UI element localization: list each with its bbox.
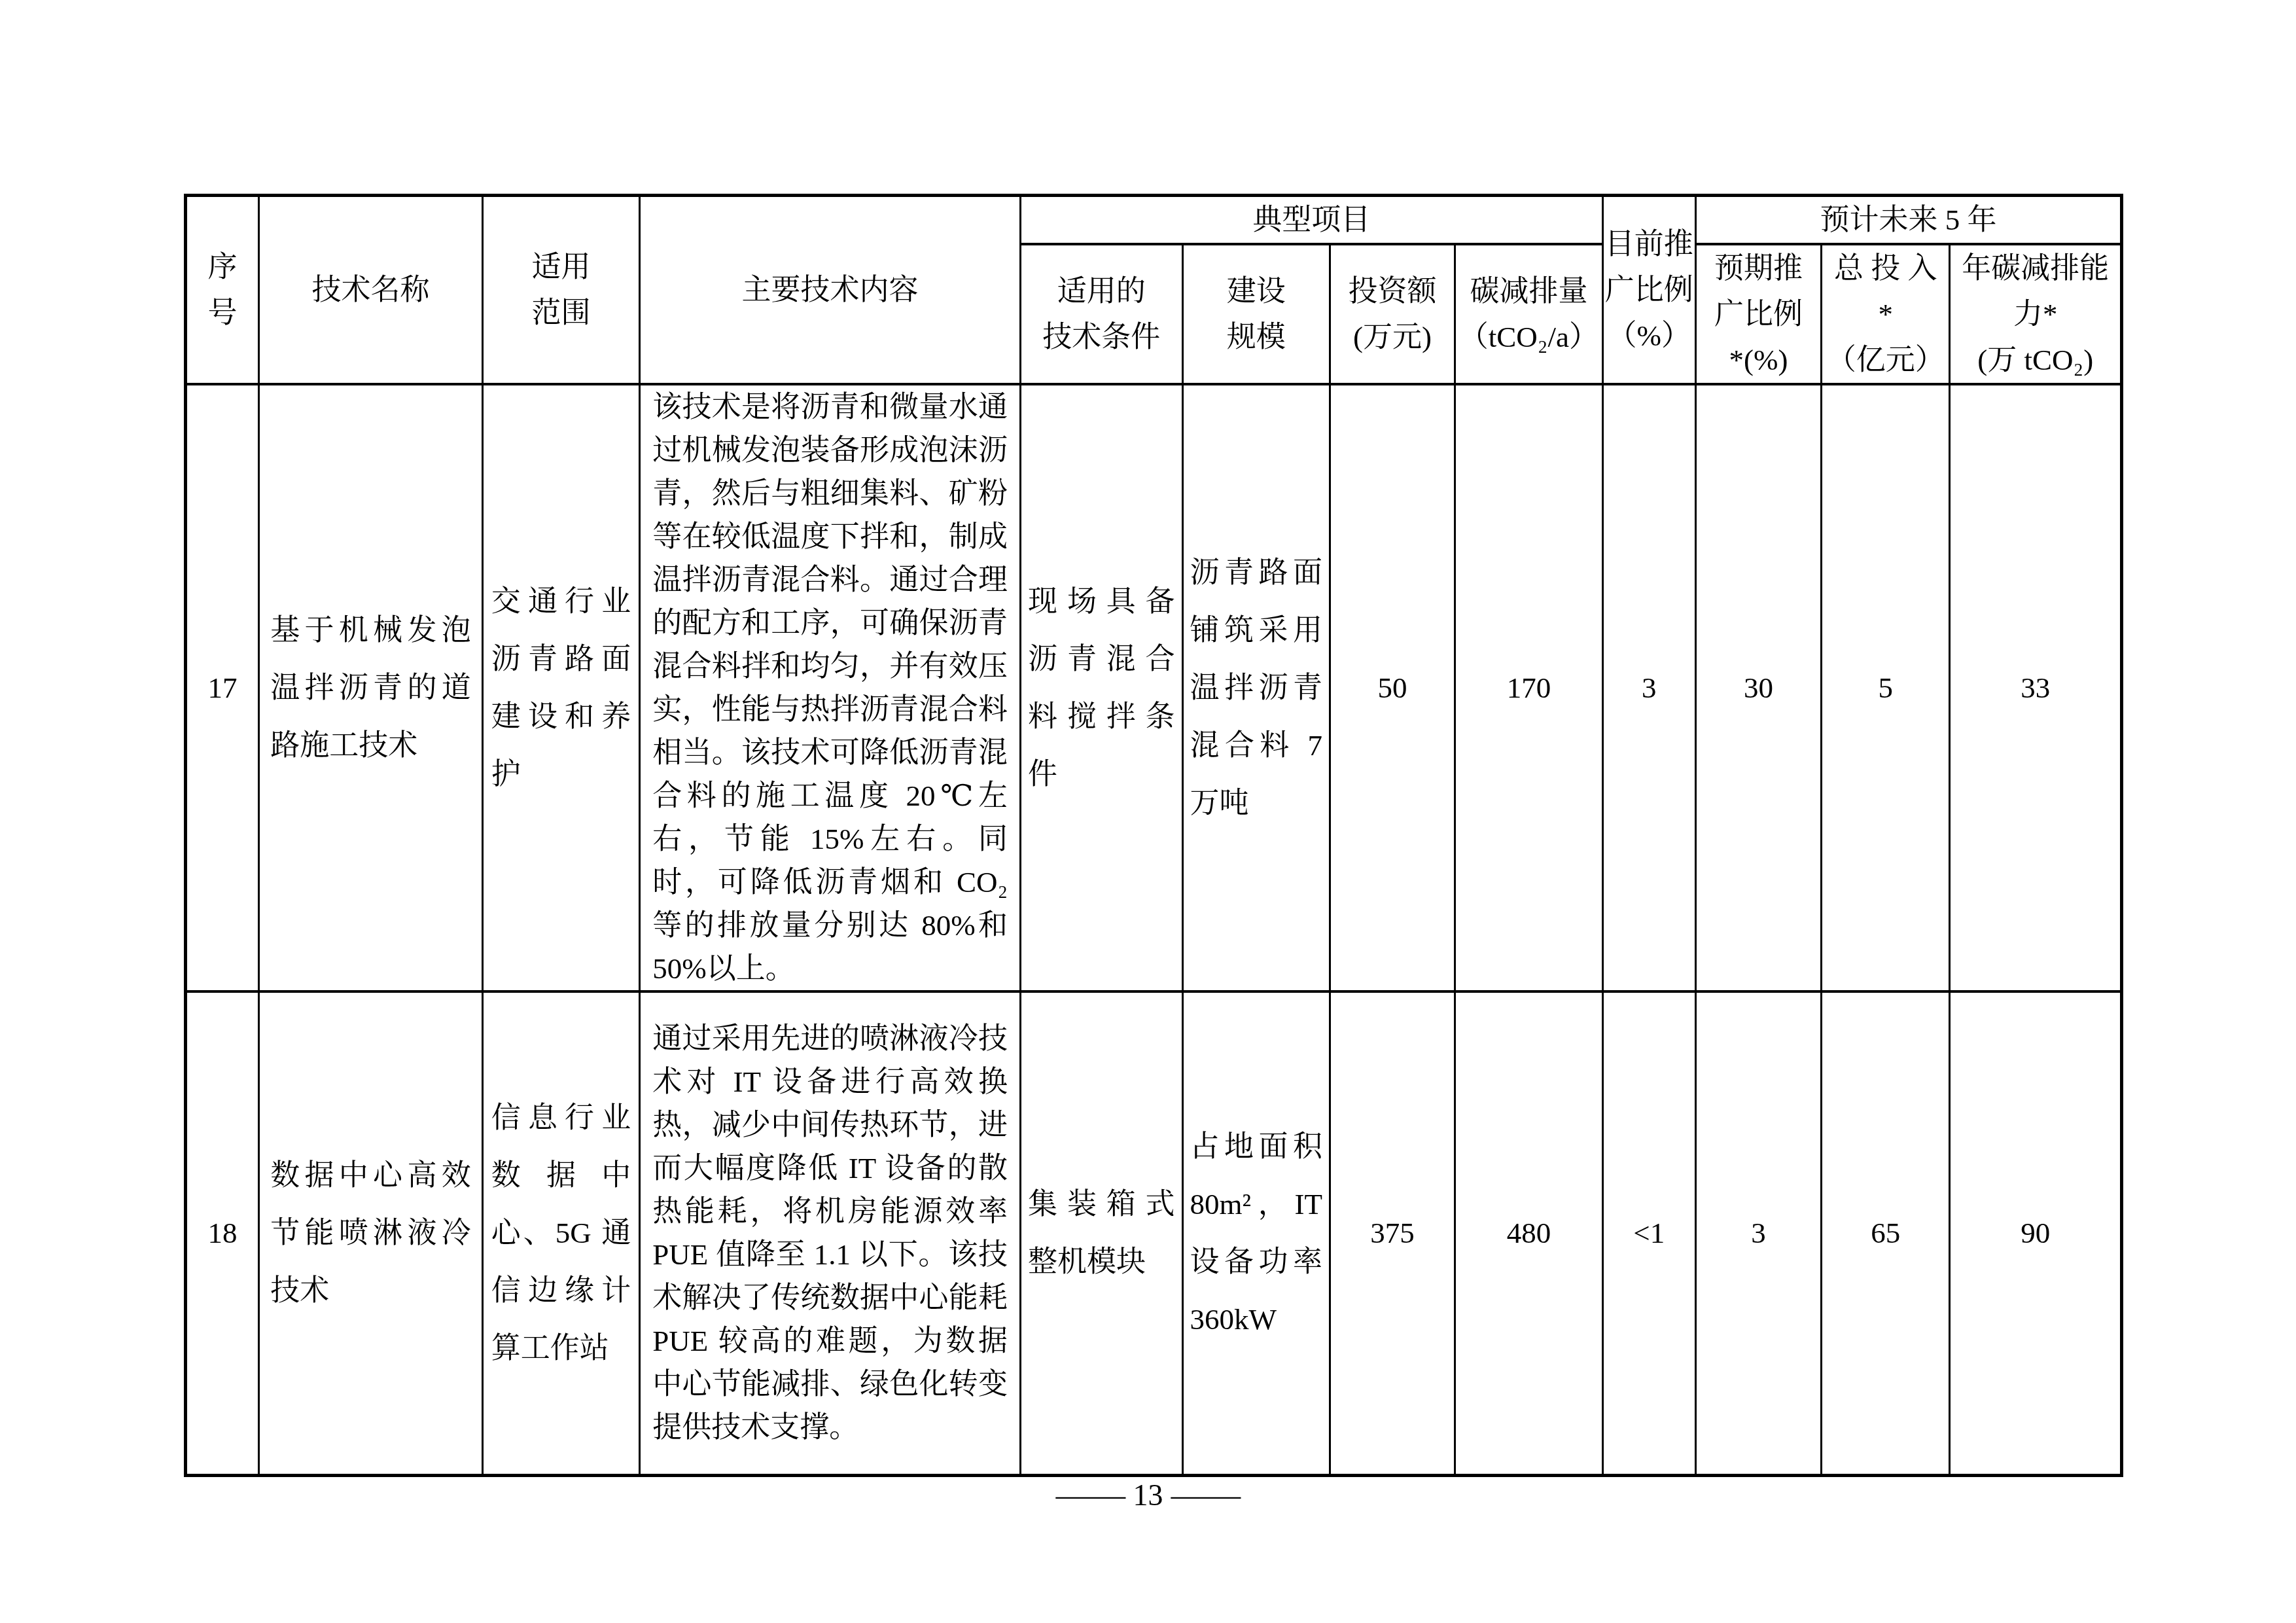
- cell-seq: 17: [186, 384, 259, 991]
- table-row-17: 17 基于机械发泡温拌沥青的道路施工技术 交通行业沥青路面建设和养护 该技术是将…: [186, 384, 2122, 991]
- header-carbon-reduction: 碳减排量 （tCO₂/a）: [1455, 244, 1602, 384]
- cell-total-investment: 5: [1822, 384, 1950, 991]
- cell-expected-promotion: 3: [1695, 991, 1821, 1475]
- header-expected-promotion: 预期推 广比例 *(%): [1695, 244, 1821, 384]
- technology-table: 序 号 技术名称 适用 范围 主要技术内容 典型项目 目前推 广比例 （%） 预…: [184, 194, 2123, 1477]
- header-annual-capacity: 年碳减排能 力* (万 tCO₂): [1950, 244, 2122, 384]
- cell-main-content: 该技术是将沥青和微量水通过机械发泡装备形成泡沫沥青，然后与粗细集料、矿粉等在较低…: [640, 384, 1021, 991]
- cell-current-promotion: <1: [1602, 991, 1695, 1475]
- header-seq: 序 号: [186, 196, 259, 385]
- cell-investment: 375: [1330, 991, 1455, 1475]
- cell-build-scale: 沥青路面铺筑采用温拌沥青混合料 7 万吨: [1182, 384, 1330, 991]
- page-number: 13: [1133, 1476, 1163, 1515]
- cell-investment: 50: [1330, 384, 1455, 991]
- cell-annual-capacity: 90: [1950, 991, 2122, 1475]
- header-scope: 适用 范围: [482, 196, 639, 385]
- header-build-scale: 建设 规模: [1182, 244, 1330, 384]
- page-footer: —13—: [0, 1476, 2296, 1515]
- table-row-18: 18 数据中心高效节能喷淋液冷技术 信息行业数据中心、5G 通信边缘计算工作站 …: [186, 991, 2122, 1475]
- header-row-1: 序 号 技术名称 适用 范围 主要技术内容 典型项目 目前推 广比例 （%） 预…: [186, 196, 2122, 245]
- cell-current-promotion: 3: [1602, 384, 1695, 991]
- cell-expected-promotion: 30: [1695, 384, 1821, 991]
- document-page: 序 号 技术名称 适用 范围 主要技术内容 典型项目 目前推 广比例 （%） 预…: [0, 0, 2296, 1623]
- header-investment: 投资额 (万元): [1330, 244, 1455, 384]
- header-tech-name: 技术名称: [259, 196, 483, 385]
- cell-tech-name: 基于机械发泡温拌沥青的道路施工技术: [259, 384, 483, 991]
- cell-total-investment: 65: [1822, 991, 1950, 1475]
- cell-main-content: 通过采用先进的喷淋液冷技术对 IT 设备进行高效换热，减少中间传热环节，进而大幅…: [640, 991, 1021, 1475]
- header-main-content: 主要技术内容: [640, 196, 1021, 385]
- cell-tech-name: 数据中心高效节能喷淋液冷技术: [259, 991, 483, 1475]
- cell-carbon-reduction: 170: [1455, 384, 1602, 991]
- cell-carbon-reduction: 480: [1455, 991, 1602, 1475]
- header-future-5yr: 预计未来 5 年: [1695, 196, 2121, 245]
- cell-build-scale: 占地面积80m²，IT 设备功率360kW: [1182, 991, 1330, 1475]
- header-tech-condition: 适用的 技术条件: [1021, 244, 1182, 384]
- footer-right-dash: —: [1171, 1476, 1241, 1515]
- header-typical-project: 典型项目: [1021, 196, 1602, 245]
- cell-scope: 交通行业沥青路面建设和养护: [482, 384, 639, 991]
- cell-seq: 18: [186, 991, 259, 1475]
- header-current-promotion: 目前推 广比例 （%）: [1602, 196, 1695, 385]
- cell-tech-condition: 现场具备沥青混合料搅拌条件: [1021, 384, 1182, 991]
- footer-left-dash: —: [1056, 1476, 1125, 1515]
- header-total-investment: 总 投 入 * （亿元）: [1822, 244, 1950, 384]
- cell-annual-capacity: 33: [1950, 384, 2122, 991]
- cell-tech-condition: 集装箱式整机模块: [1021, 991, 1182, 1475]
- cell-scope: 信息行业数据中心、5G 通信边缘计算工作站: [482, 991, 639, 1475]
